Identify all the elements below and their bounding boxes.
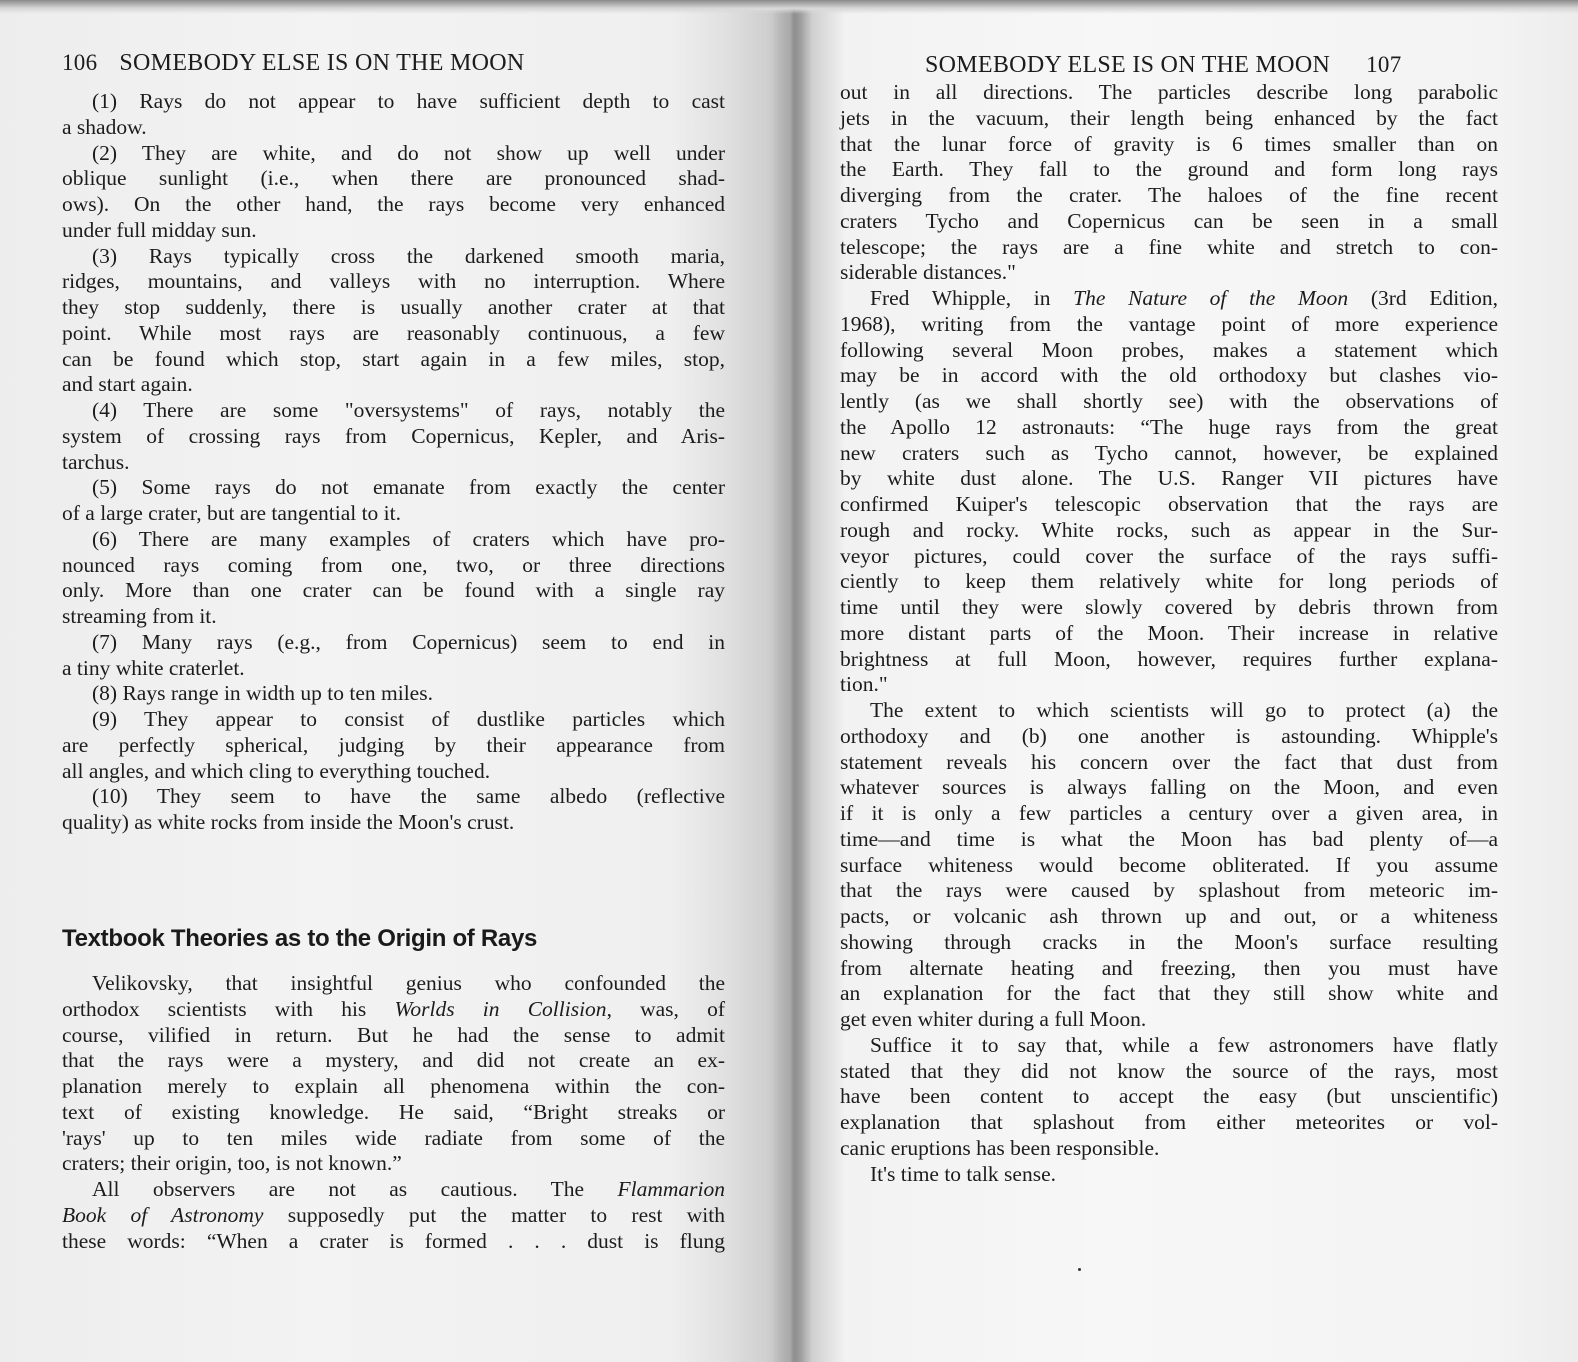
text-line: all angles, and which cling to everythin… bbox=[62, 759, 725, 785]
text-segment: have been content to accept the easy (bu… bbox=[840, 1084, 1498, 1108]
text-segment: more distant parts of the Moon. Their in… bbox=[840, 621, 1498, 645]
text-line: (5) Some rays do not emanate from exactl… bbox=[62, 475, 725, 501]
text-segment: new craters such as Tycho cannot, howeve… bbox=[840, 441, 1498, 465]
text-line: under full midday sun. bbox=[62, 218, 725, 244]
text-segment: if it is only a few particles a century … bbox=[840, 801, 1498, 825]
text-segment: tarchus. bbox=[62, 450, 129, 474]
text-segment: surface whiteness would become obliterat… bbox=[840, 853, 1498, 877]
text-segment: lently (as we shall shortly see) with th… bbox=[840, 389, 1498, 413]
text-line: oblique sunlight (i.e., when there are p… bbox=[62, 166, 725, 192]
text-line: (1) Rays do not appear to have sufficien… bbox=[62, 89, 725, 115]
text-segment: point. While most rays are reasonably co… bbox=[62, 321, 725, 345]
text-segment: get even whiter during a full Moon. bbox=[840, 1007, 1146, 1031]
text-segment: all angles, and which cling to everythin… bbox=[62, 759, 490, 783]
text-segment: text of existing knowledge. He said, “Br… bbox=[62, 1100, 725, 1124]
text-segment: (3rd Edition, bbox=[1348, 286, 1498, 310]
text-line: statement reveals his concern over the f… bbox=[840, 750, 1498, 776]
text-line: surface whiteness would become obliterat… bbox=[840, 853, 1498, 879]
text-segment: time—and time is what the Moon has bad p… bbox=[840, 827, 1498, 851]
text-line: may be in accord with the old orthodoxy … bbox=[840, 363, 1498, 389]
text-line: (10) They seem to have the same albedo (… bbox=[62, 784, 725, 810]
text-line: are perfectly spherical, judging by thei… bbox=[62, 733, 725, 759]
text-line: orthodox scientists with his Worlds in C… bbox=[62, 997, 725, 1023]
text-segment: Suffice it to say that, while a few astr… bbox=[870, 1033, 1498, 1057]
text-line: text of existing knowledge. He said, “Br… bbox=[62, 1100, 725, 1126]
text-line: whatever sources is always falling on th… bbox=[840, 775, 1498, 801]
text-line: tarchus. bbox=[62, 450, 725, 476]
text-segment: nounced rays coming from one, two, or th… bbox=[62, 553, 725, 577]
text-segment: quality) as white rocks from inside the … bbox=[62, 810, 514, 834]
text-segment: showing through cracks in the Moon's sur… bbox=[840, 930, 1498, 954]
text-segment: telescope; the rays are a fine white and… bbox=[840, 235, 1498, 259]
text-segment: orthodox scientists with his bbox=[62, 997, 394, 1021]
italic-title: Worlds in Collision bbox=[394, 997, 606, 1021]
text-segment: streaming from it. bbox=[62, 604, 217, 628]
text-line: craters Tycho and Copernicus can be seen… bbox=[840, 209, 1498, 235]
text-line: Fred Whipple, in The Nature of the Moon … bbox=[840, 286, 1498, 312]
text-line: time until they were slowly covered by d… bbox=[840, 595, 1498, 621]
left-running-title: SOMEBODY ELSE IS ON THE MOON bbox=[119, 50, 524, 76]
text-segment: Velikovsky, that insightful genius who c… bbox=[92, 971, 725, 995]
text-line: system of crossing rays from Copernicus,… bbox=[62, 424, 725, 450]
text-line: 1968), writing from the vantage point of… bbox=[840, 312, 1498, 338]
text-segment: Fred Whipple, in bbox=[870, 286, 1073, 310]
text-line: pacts, or volcanic ash thrown up and out… bbox=[840, 904, 1498, 930]
text-segment: (1) Rays do not appear to have sufficien… bbox=[92, 89, 725, 113]
text-segment: only. More than one crater can be found … bbox=[62, 578, 725, 602]
text-line: by white dust alone. The U.S. Ranger VII… bbox=[840, 466, 1498, 492]
text-line: and start again. bbox=[62, 372, 725, 398]
text-segment: (3) Rays typically cross the darkened sm… bbox=[92, 244, 725, 268]
text-line: stated that they did not know the source… bbox=[840, 1059, 1498, 1085]
text-line: confirmed Kuiper's telescopic observatio… bbox=[840, 492, 1498, 518]
text-line: of a large crater, but are tangential to… bbox=[62, 501, 725, 527]
left-page-body: (1) Rays do not appear to have sufficien… bbox=[62, 89, 725, 836]
text-segment: the Apollo 12 astronauts: “The huge rays… bbox=[840, 415, 1498, 439]
text-line: showing through cracks in the Moon's sur… bbox=[840, 930, 1498, 956]
text-line: time—and time is what the Moon has bad p… bbox=[840, 827, 1498, 853]
text-line: ows). On the other hand, the rays become… bbox=[62, 192, 725, 218]
left-page-section-body: Velikovsky, that insightful genius who c… bbox=[62, 971, 725, 1254]
text-line: new craters such as Tycho cannot, howeve… bbox=[840, 441, 1498, 467]
text-segment: and start again. bbox=[62, 372, 193, 396]
left-page-number: 106 bbox=[62, 50, 97, 75]
text-segment: It's time to talk sense. bbox=[870, 1162, 1056, 1186]
text-segment: may be in accord with the old orthodoxy … bbox=[840, 363, 1498, 387]
text-line: (2) They are white, and do not show up w… bbox=[62, 141, 725, 167]
text-line: (8) Rays range in width up to ten miles. bbox=[62, 681, 725, 707]
text-line: (9) They appear to consist of dustlike p… bbox=[62, 707, 725, 733]
book-gutter bbox=[772, 0, 812, 1362]
text-line: that the rays were a mystery, and did no… bbox=[62, 1048, 725, 1074]
text-line: (3) Rays typically cross the darkened sm… bbox=[62, 244, 725, 270]
right-page-number: 107 bbox=[1366, 52, 1401, 77]
text-line: The extent to which scientists will go t… bbox=[840, 698, 1498, 724]
section-heading: Textbook Theories as to the Origin of Ra… bbox=[62, 925, 537, 953]
ink-speck bbox=[1078, 1268, 1081, 1271]
text-line: an explanation for the fact that they st… bbox=[840, 981, 1498, 1007]
text-segment: (6) There are many examples of craters w… bbox=[92, 527, 725, 551]
text-line: out in all directions. The particles des… bbox=[840, 80, 1498, 106]
text-line: only. More than one crater can be found … bbox=[62, 578, 725, 604]
text-line: It's time to talk sense. bbox=[840, 1162, 1498, 1188]
text-segment: following several Moon probes, makes a s… bbox=[840, 338, 1498, 362]
text-segment: craters Tycho and Copernicus can be seen… bbox=[840, 209, 1498, 233]
book-spread: 106SOMEBODY ELSE IS ON THE MOON (1) Rays… bbox=[0, 0, 1578, 1362]
text-segment: time until they were slowly covered by d… bbox=[840, 595, 1498, 619]
text-segment: (8) Rays range in width up to ten miles. bbox=[92, 681, 433, 705]
text-line: Suffice it to say that, while a few astr… bbox=[840, 1033, 1498, 1059]
text-segment: of a large crater, but are tangential to… bbox=[62, 501, 401, 525]
right-page-body: out in all directions. The particles des… bbox=[840, 80, 1498, 1187]
text-segment: (7) Many rays (e.g., from Copernicus) se… bbox=[92, 630, 725, 654]
text-segment: 'rays' up to ten miles wide radiate from… bbox=[62, 1126, 725, 1150]
text-segment: ciently to keep them relatively white fo… bbox=[840, 569, 1498, 593]
text-segment: canic eruptions has been responsible. bbox=[840, 1136, 1159, 1160]
text-line: jets in the vacuum, their length being e… bbox=[840, 106, 1498, 132]
text-segment: out in all directions. The particles des… bbox=[840, 80, 1498, 104]
text-line: telescope; the rays are a fine white and… bbox=[840, 235, 1498, 261]
text-segment: the Earth. They fall to the ground and f… bbox=[840, 157, 1498, 181]
text-segment: that the rays were caused by splashout f… bbox=[840, 878, 1498, 902]
right-running-head: SOMEBODY ELSE IS ON THE MOON107 bbox=[925, 52, 1402, 79]
text-line: from alternate heating and freezing, the… bbox=[840, 956, 1498, 982]
text-line: the Earth. They fall to the ground and f… bbox=[840, 157, 1498, 183]
text-segment: explanation that splashout from either m… bbox=[840, 1110, 1498, 1134]
text-line: if it is only a few particles a century … bbox=[840, 801, 1498, 827]
text-segment: statement reveals his concern over the f… bbox=[840, 750, 1498, 774]
text-segment: by white dust alone. The U.S. Ranger VII… bbox=[840, 466, 1498, 490]
text-line: get even whiter during a full Moon. bbox=[840, 1007, 1498, 1033]
text-segment: , was, of bbox=[607, 997, 725, 1021]
text-line: streaming from it. bbox=[62, 604, 725, 630]
italic-title: The Nature of the Moon bbox=[1073, 286, 1348, 310]
text-segment: ows). On the other hand, the rays become… bbox=[62, 192, 725, 216]
text-segment: under full midday sun. bbox=[62, 218, 257, 242]
text-segment: All observers are not as cautious. The bbox=[92, 1177, 618, 1201]
text-segment: craters; their origin, too, is not known… bbox=[62, 1151, 402, 1175]
text-segment: an explanation for the fact that they st… bbox=[840, 981, 1498, 1005]
text-segment: stated that they did not know the source… bbox=[840, 1059, 1498, 1083]
text-segment: that the lunar force of gravity is 6 tim… bbox=[840, 132, 1498, 156]
text-segment: supposedly put the matter to rest with bbox=[263, 1203, 725, 1227]
text-line: ciently to keep them relatively white fo… bbox=[840, 569, 1498, 595]
text-segment: (2) They are white, and do not show up w… bbox=[92, 141, 725, 165]
text-line: that the rays were caused by splashout f… bbox=[840, 878, 1498, 904]
text-segment: jets in the vacuum, their length being e… bbox=[840, 106, 1498, 130]
text-segment: they stop suddenly, there is usually ano… bbox=[62, 295, 725, 319]
text-line: nounced rays coming from one, two, or th… bbox=[62, 553, 725, 579]
text-line: explanation that splashout from either m… bbox=[840, 1110, 1498, 1136]
text-line: rough and rocky. White rocks, such as ap… bbox=[840, 518, 1498, 544]
text-line: point. While most rays are reasonably co… bbox=[62, 321, 725, 347]
text-segment: diverging from the crater. The haloes of… bbox=[840, 183, 1498, 207]
text-segment: course, vilified in return. But he had t… bbox=[62, 1023, 725, 1047]
text-line: have been content to accept the easy (bu… bbox=[840, 1084, 1498, 1110]
text-segment: whatever sources is always falling on th… bbox=[840, 775, 1498, 799]
text-line: quality) as white rocks from inside the … bbox=[62, 810, 725, 836]
page-top-edge bbox=[0, 0, 1578, 14]
text-line: Book of Astronomy supposedly put the mat… bbox=[62, 1203, 725, 1229]
italic-title: Flammarion bbox=[618, 1177, 726, 1201]
text-line: All observers are not as cautious. The F… bbox=[62, 1177, 725, 1203]
text-segment: system of crossing rays from Copernicus,… bbox=[62, 424, 725, 448]
text-line: 'rays' up to ten miles wide radiate from… bbox=[62, 1126, 725, 1152]
text-line: craters; their origin, too, is not known… bbox=[62, 1151, 725, 1177]
text-line: more distant parts of the Moon. Their in… bbox=[840, 621, 1498, 647]
text-segment: are perfectly spherical, judging by thei… bbox=[62, 733, 725, 757]
text-segment: a shadow. bbox=[62, 115, 147, 139]
text-segment: rough and rocky. White rocks, such as ap… bbox=[840, 518, 1498, 542]
text-line: tion." bbox=[840, 672, 1498, 698]
text-line: (7) Many rays (e.g., from Copernicus) se… bbox=[62, 630, 725, 656]
text-segment: (4) There are some "oversystems" of rays… bbox=[92, 398, 725, 422]
text-line: following several Moon probes, makes a s… bbox=[840, 338, 1498, 364]
text-line: lently (as we shall shortly see) with th… bbox=[840, 389, 1498, 415]
text-line: brightness at full Moon, however, requir… bbox=[840, 647, 1498, 673]
text-segment: planation merely to explain all phenomen… bbox=[62, 1074, 725, 1098]
text-line: they stop suddenly, there is usually ano… bbox=[62, 295, 725, 321]
text-segment: oblique sunlight (i.e., when there are p… bbox=[62, 166, 725, 190]
text-line: a shadow. bbox=[62, 115, 725, 141]
text-segment: The extent to which scientists will go t… bbox=[870, 698, 1498, 722]
text-segment: a tiny white craterlet. bbox=[62, 656, 245, 680]
text-line: (6) There are many examples of craters w… bbox=[62, 527, 725, 553]
text-line: planation merely to explain all phenomen… bbox=[62, 1074, 725, 1100]
text-line: diverging from the crater. The haloes of… bbox=[840, 183, 1498, 209]
text-segment: orthodoxy and (b) one another is astound… bbox=[840, 724, 1498, 748]
italic-title: Book of Astronomy bbox=[62, 1203, 263, 1227]
right-running-title: SOMEBODY ELSE IS ON THE MOON bbox=[925, 52, 1330, 78]
text-line: the Apollo 12 astronauts: “The huge rays… bbox=[840, 415, 1498, 441]
text-segment: pacts, or volcanic ash thrown up and out… bbox=[840, 904, 1498, 928]
text-line: can be found which stop, start again in … bbox=[62, 347, 725, 373]
left-running-head: 106SOMEBODY ELSE IS ON THE MOON bbox=[62, 50, 525, 77]
text-segment: that the rays were a mystery, and did no… bbox=[62, 1048, 725, 1072]
text-line: canic eruptions has been responsible. bbox=[840, 1136, 1498, 1162]
text-line: these words: “When a crater is formed . … bbox=[62, 1229, 725, 1255]
text-segment: confirmed Kuiper's telescopic observatio… bbox=[840, 492, 1498, 516]
text-line: Velikovsky, that insightful genius who c… bbox=[62, 971, 725, 997]
text-segment: (9) They appear to consist of dustlike p… bbox=[92, 707, 725, 731]
text-line: siderable distances." bbox=[840, 260, 1498, 286]
text-line: a tiny white craterlet. bbox=[62, 656, 725, 682]
text-segment: from alternate heating and freezing, the… bbox=[840, 956, 1498, 980]
text-segment: ridges, mountains, and valleys with no i… bbox=[62, 269, 725, 293]
text-segment: tion." bbox=[840, 672, 888, 696]
text-segment: 1968), writing from the vantage point of… bbox=[840, 312, 1498, 336]
text-line: veyor pictures, could cover the surface … bbox=[840, 544, 1498, 570]
text-segment: veyor pictures, could cover the surface … bbox=[840, 544, 1498, 568]
text-segment: (10) They seem to have the same albedo (… bbox=[92, 784, 725, 808]
text-line: ridges, mountains, and valleys with no i… bbox=[62, 269, 725, 295]
text-segment: these words: “When a crater is formed . … bbox=[62, 1229, 725, 1253]
text-segment: siderable distances." bbox=[840, 260, 1016, 284]
text-line: that the lunar force of gravity is 6 tim… bbox=[840, 132, 1498, 158]
text-segment: can be found which stop, start again in … bbox=[62, 347, 725, 371]
text-segment: brightness at full Moon, however, requir… bbox=[840, 647, 1498, 671]
text-line: (4) There are some "oversystems" of rays… bbox=[62, 398, 725, 424]
text-line: course, vilified in return. But he had t… bbox=[62, 1023, 725, 1049]
text-segment: (5) Some rays do not emanate from exactl… bbox=[92, 475, 725, 499]
text-line: orthodoxy and (b) one another is astound… bbox=[840, 724, 1498, 750]
